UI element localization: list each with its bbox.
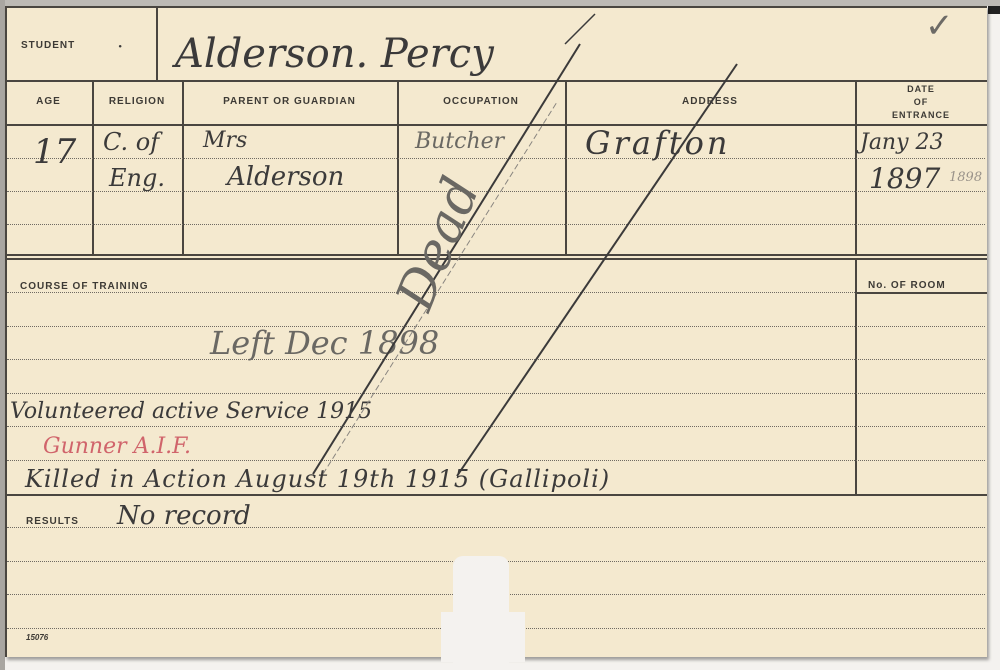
scan-corner-mark: [988, 6, 1000, 14]
card-index-notch-base: [441, 612, 525, 662]
